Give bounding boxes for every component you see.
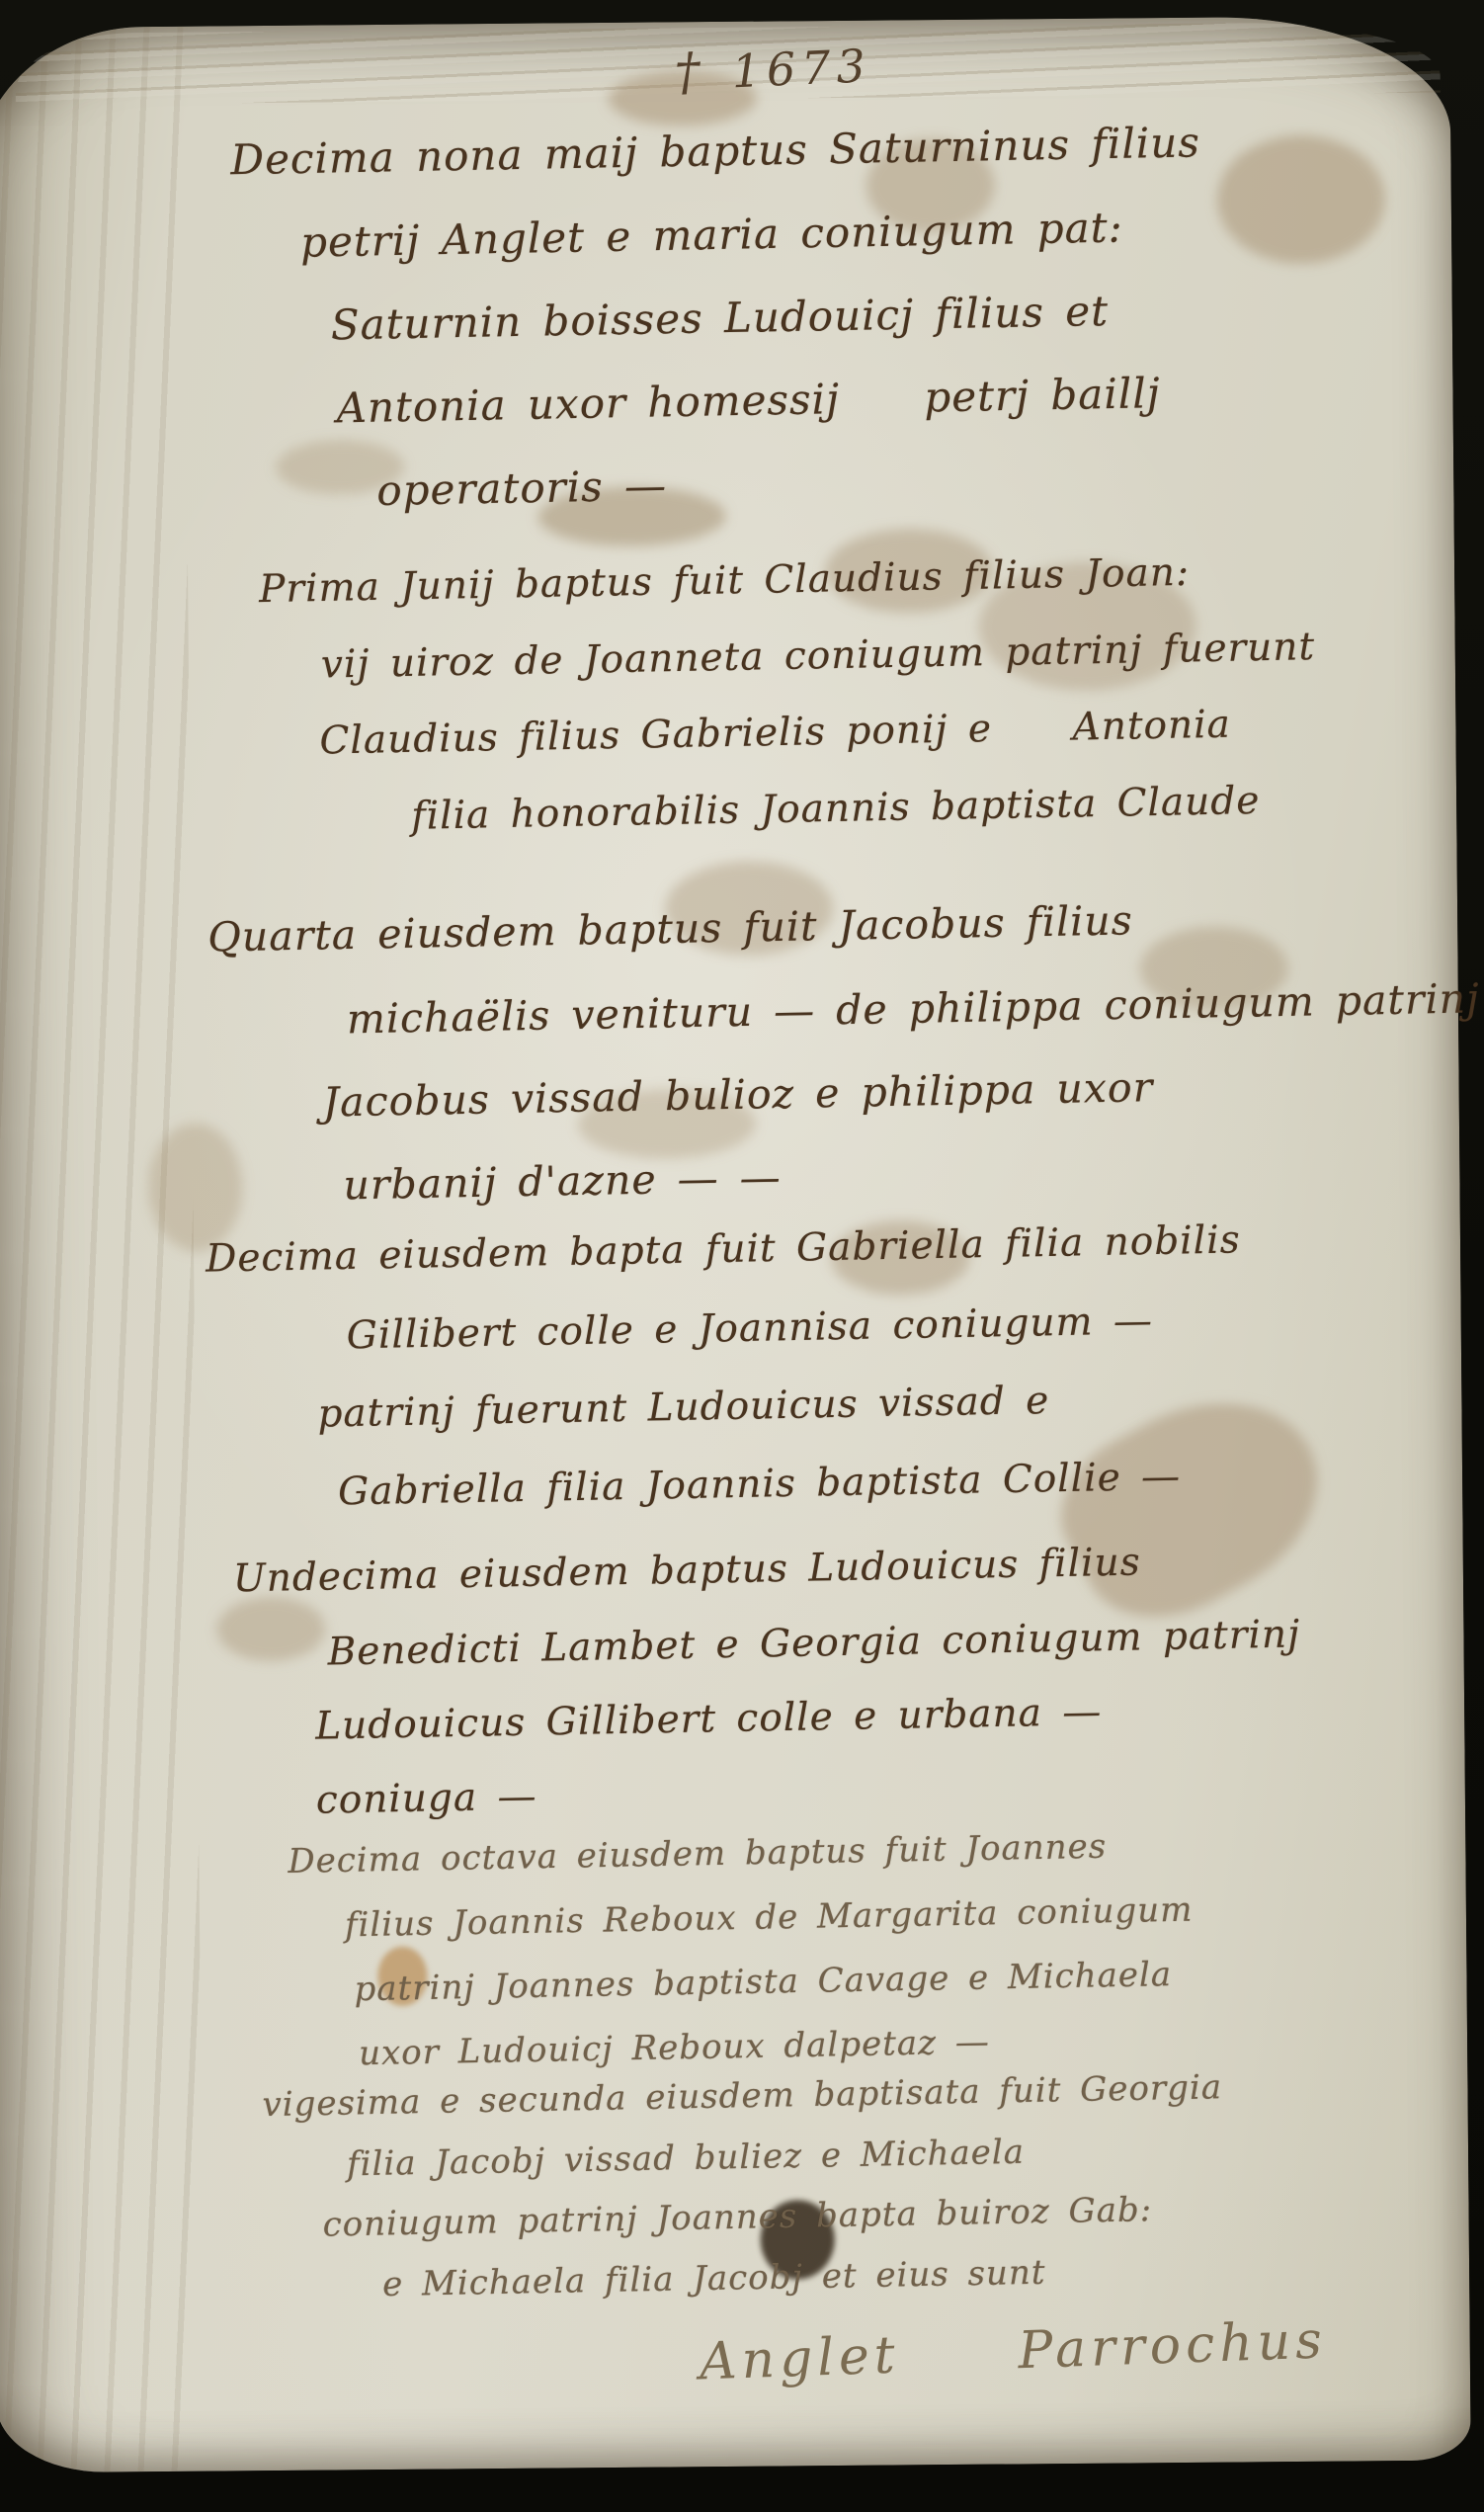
baptism-entry-2: Prima Junij baptus fuit Claudius filius … <box>259 543 1317 856</box>
cross-mark: † <box>673 42 707 102</box>
year-heading: 1673 <box>731 39 872 98</box>
manuscript-page: †1673 Decima nona maij baptus Saturninus… <box>0 16 1471 2473</box>
signature-name: Anglet <box>699 2326 901 2392</box>
baptism-entry-4: Decima eiusdem bapta fuit Gabriella fili… <box>206 1211 1243 1532</box>
baptism-entry-7: vigesima e secunda eiusdem baptisata fui… <box>262 2067 1224 2316</box>
signature-line: AngletParrochus <box>699 2310 1328 2391</box>
ink-stain <box>1216 134 1385 264</box>
manuscript-line: petrij Anglet e maria coniugum pat: <box>299 185 1201 285</box>
baptism-entry-3: Quarta eiusdem baptus fuit Jacobus filiu… <box>207 884 1482 1227</box>
manuscript-line: Saturnin boisses Ludouicj filius et <box>330 268 1202 367</box>
photograph-background: †1673 Decima nona maij baptus Saturninus… <box>0 0 1484 2512</box>
binding-edge <box>0 27 205 2473</box>
manuscript-line: operatoris — <box>376 435 1204 533</box>
baptism-entry-5: Undecima eiusdem baptus Ludouicus filius… <box>233 1533 1302 1838</box>
manuscript-line: Antonia uxor homessij petrj baillj <box>336 351 1203 450</box>
page-header: †1673 <box>673 35 872 103</box>
baptism-entry-1: Decima nona maij baptus Saturninus filiu… <box>230 111 1203 535</box>
manuscript-line: Gabriella filia Joannis baptista Collie … <box>337 1437 1243 1532</box>
baptism-entry-6: Decima octava eiusdem baptus fuit Joanne… <box>288 1822 1195 2087</box>
signature-title: Parrochus <box>1017 2310 1327 2381</box>
manuscript-line: filia honorabilis Joannis baptista Claud… <box>411 762 1318 855</box>
